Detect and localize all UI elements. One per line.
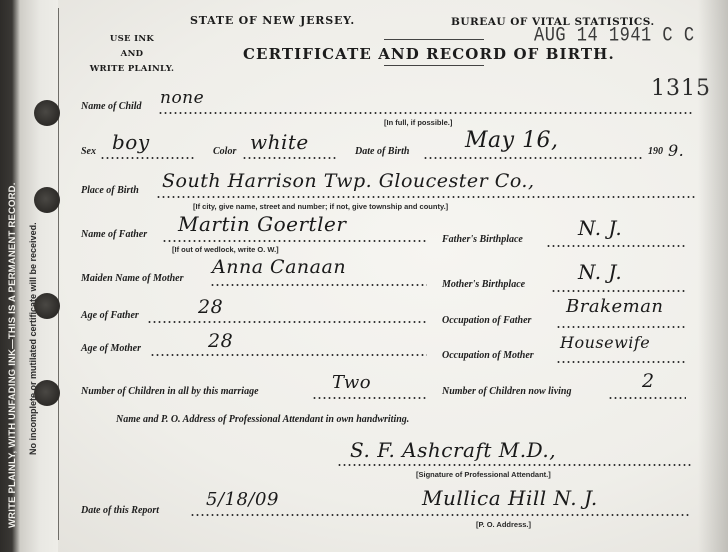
mother-maiden-name-line	[210, 284, 427, 286]
mother-age-value: 28	[208, 330, 233, 352]
date-of-birth-value: May 16,	[465, 128, 559, 153]
father-age-value: 28	[198, 296, 223, 318]
mother-maiden-name-label: Maiden Name of Mother	[81, 273, 184, 284]
father-age-label: Age of Father	[81, 310, 139, 321]
color-label: Color	[213, 146, 236, 157]
attendant-address-hint: [P. O. Address.]	[476, 520, 531, 529]
sex-value: boy	[112, 130, 150, 154]
attendant-signature-value: S. F. Ashcraft M.D.,	[350, 438, 556, 462]
mother-age-line	[150, 354, 427, 356]
mother-occupation-value: Housewife	[560, 333, 650, 352]
title-rule-bottom	[384, 65, 484, 66]
place-of-birth-line	[156, 196, 696, 198]
mother-birthplace-line	[551, 290, 686, 292]
birth-year-prefix: 190	[648, 146, 663, 157]
mother-birthplace-value: N. J.	[578, 260, 622, 284]
children-living-label: Number of Children now living	[442, 386, 571, 397]
attendant-address-value: Mullica Hill N. J.	[422, 486, 598, 510]
mother-maiden-name-value: Anna Canaan	[212, 256, 346, 278]
mother-age-label: Age of Mother	[81, 343, 141, 354]
father-occupation-line	[556, 326, 686, 328]
attendant-signature-line	[337, 464, 692, 466]
father-name-label: Name of Father	[81, 229, 147, 240]
certificate-number: 1315	[651, 76, 711, 101]
father-age-line	[147, 321, 427, 323]
place-of-birth-label: Place of Birth	[81, 185, 139, 196]
date-of-birth-line	[423, 157, 643, 159]
report-date-label: Date of this Report	[81, 505, 159, 516]
father-name-hint: [If out of wedlock, write O. W.]	[172, 245, 279, 254]
ink-instruction: USE INK AND WRITE PLAINLY.	[82, 32, 182, 77]
report-date-value: 5/18/09	[206, 489, 279, 510]
child-name-label: Name of Child	[81, 101, 142, 112]
color-line	[242, 157, 337, 159]
punch-hole-icon	[34, 293, 60, 319]
child-name-hint: [In full, if possible.]	[384, 118, 452, 127]
sex-line	[100, 157, 195, 159]
mother-occupation-label: Occupation of Mother	[442, 350, 534, 361]
children-total-value: Two	[332, 372, 371, 393]
father-name-line	[162, 240, 427, 242]
child-name-line	[158, 112, 693, 114]
stub-warning-text: WRITE PLAINLY, WITH UNFADING INK—THIS IS…	[7, 182, 18, 528]
punch-hole-icon	[34, 380, 60, 406]
children-total-line	[312, 397, 427, 399]
sex-label: Sex	[81, 146, 96, 157]
children-total-label: Number of Children in all by this marria…	[81, 386, 259, 397]
title-rule-top	[384, 39, 484, 40]
page-title: CERTIFICATE AND RECORD OF BIRTH.	[243, 45, 615, 63]
father-occupation-label: Occupation of Father	[442, 315, 531, 326]
father-birthplace-value: N. J.	[578, 216, 622, 240]
children-living-value: 2	[642, 370, 655, 392]
child-name-value: none	[160, 88, 204, 108]
place-of-birth-value: South Harrison Twp. Gloucester Co.,	[162, 170, 535, 192]
color-value: white	[250, 130, 309, 154]
children-living-line	[608, 397, 686, 399]
attendant-signature-hint: [Signature of Professional Attendant.]	[416, 470, 551, 479]
mother-birthplace-label: Mother's Birthplace	[442, 279, 525, 290]
father-name-value: Martin Goertler	[178, 212, 346, 236]
stub-divider	[58, 8, 59, 540]
mother-occupation-line	[556, 361, 686, 363]
place-of-birth-hint: [If city, give name, street and number; …	[193, 202, 448, 211]
birth-year-suffix: 9.	[668, 141, 684, 160]
father-birthplace-line	[546, 245, 686, 247]
attendant-heading: Name and P. O. Address of Professional A…	[116, 414, 409, 425]
date-of-birth-label: Date of Birth	[355, 146, 409, 157]
state-heading: STATE OF NEW JERSEY.	[190, 14, 355, 27]
report-date-line	[190, 514, 690, 516]
punch-hole-icon	[34, 187, 60, 213]
punch-hole-icon	[34, 100, 60, 126]
birth-certificate: WRITE PLAINLY, WITH UNFADING INK—THIS IS…	[0, 0, 728, 552]
father-birthplace-label: Father's Birthplace	[442, 234, 523, 245]
father-occupation-value: Brakeman	[566, 296, 664, 317]
stub-notice-text: No incomplete or mutilated certificate w…	[28, 222, 38, 455]
